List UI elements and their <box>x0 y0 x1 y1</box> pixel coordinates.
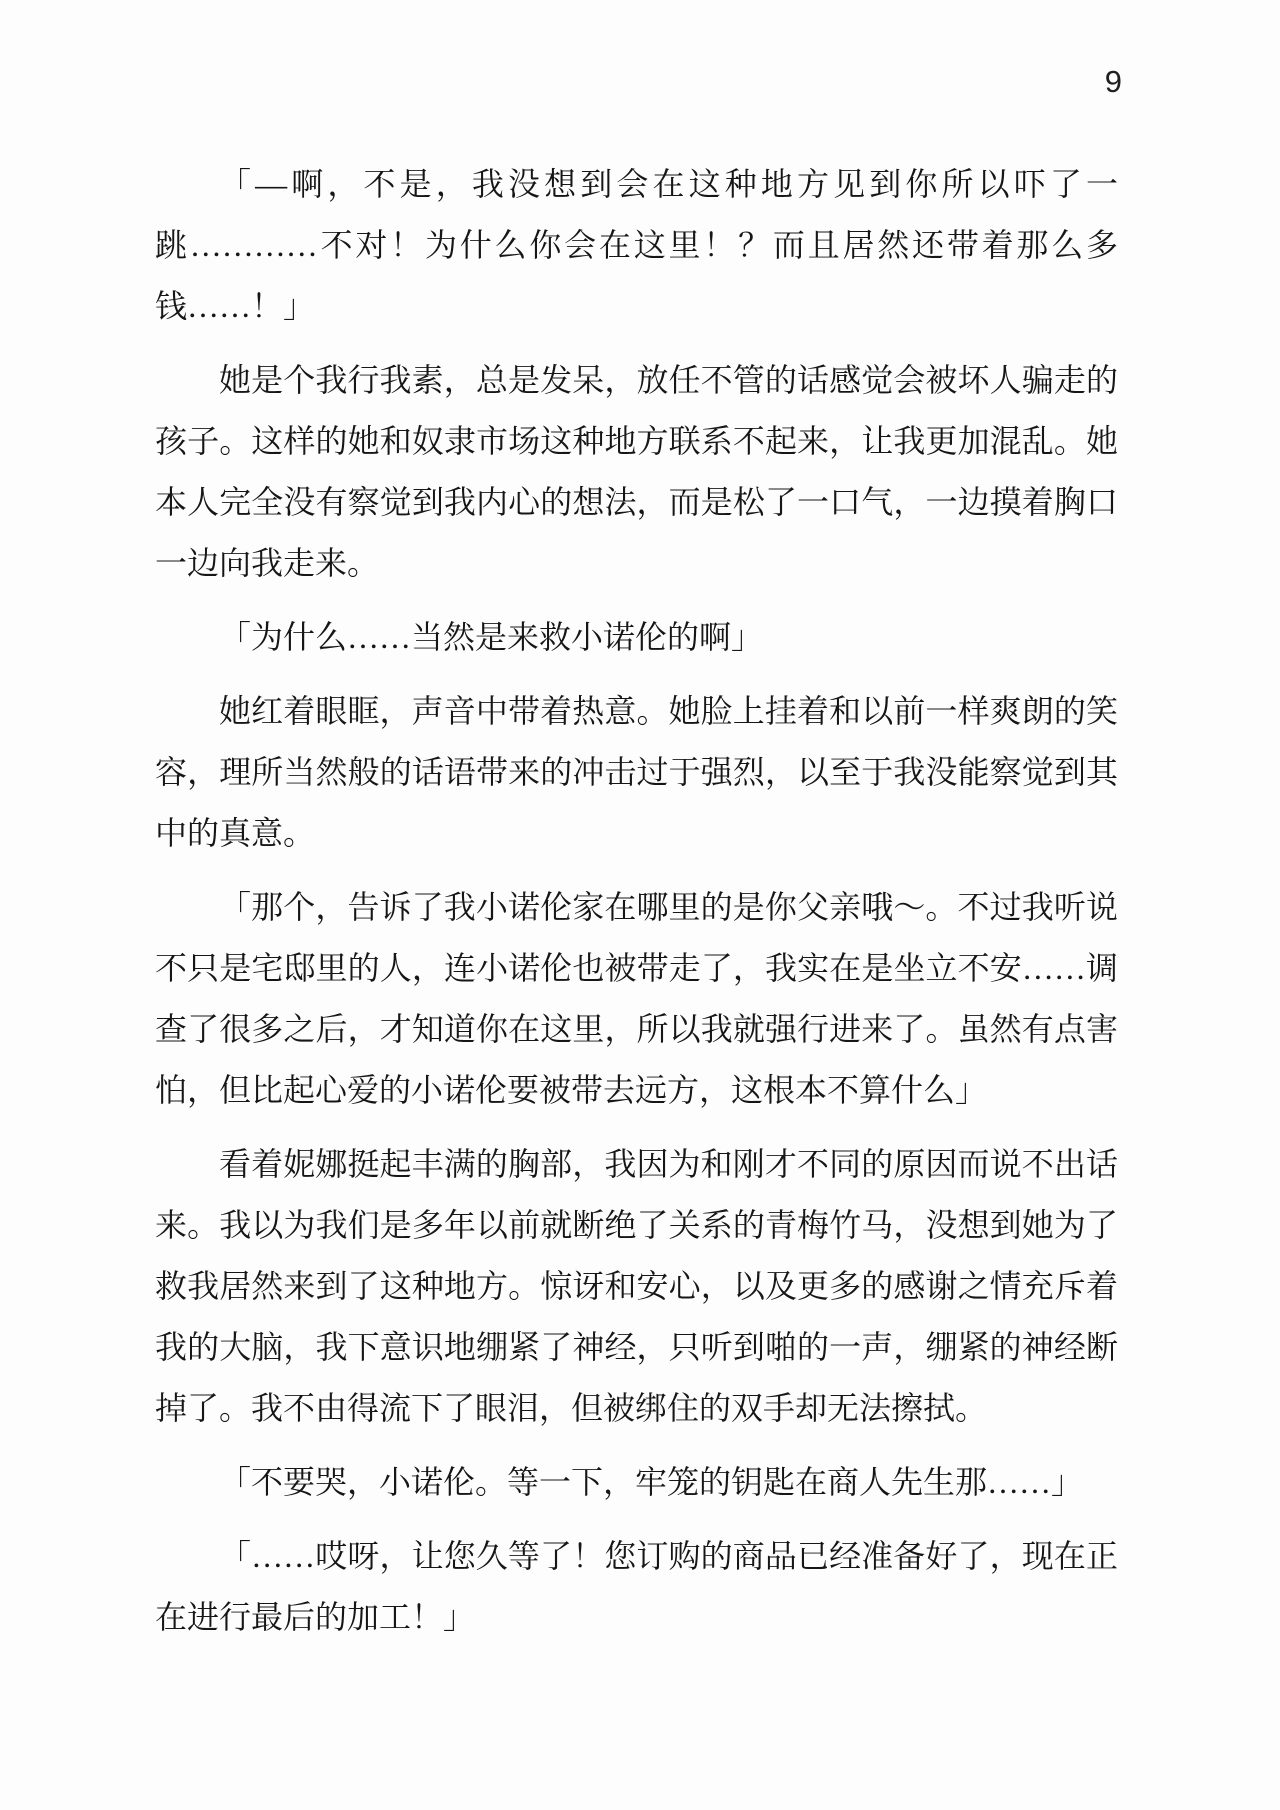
paragraph: 「那个，告诉了我小诺伦家在哪里的是你父亲哦～。不过我听说不只是宅邸里的人，连小诺… <box>155 877 1118 1121</box>
paragraph: 她是个我行我素，总是发呆，放任不管的话感觉会被坏人骗走的孩子。这样的她和奴隶市场… <box>155 350 1118 594</box>
paragraph: 「不要哭，小诺伦。等一下，牢笼的钥匙在商人先生那……」 <box>155 1452 1118 1513</box>
document-page: 9 「—啊，不是，我没想到会在这种地方见到你所以吓了一跳…………不对！为什么你会… <box>0 0 1280 1810</box>
page-number: 9 <box>1105 64 1122 100</box>
paragraph: 「……哎呀，让您久等了！您订购的商品已经准备好了，现在正在进行最后的加工！」 <box>155 1526 1118 1648</box>
paragraph: 「—啊，不是，我没想到会在这种地方见到你所以吓了一跳…………不对！为什么你会在这… <box>155 154 1118 337</box>
paragraph: 「为什么……当然是来救小诺伦的啊」 <box>155 607 1118 668</box>
body-text: 「—啊，不是，我没想到会在这种地方见到你所以吓了一跳…………不对！为什么你会在这… <box>155 154 1118 1661</box>
paragraph: 看着妮娜挺起丰满的胸部，我因为和刚才不同的原因而说不出话来。我以为我们是多年以前… <box>155 1134 1118 1439</box>
paragraph: 她红着眼眶，声音中带着热意。她脸上挂着和以前一样爽朗的笑容，理所当然般的话语带来… <box>155 681 1118 864</box>
